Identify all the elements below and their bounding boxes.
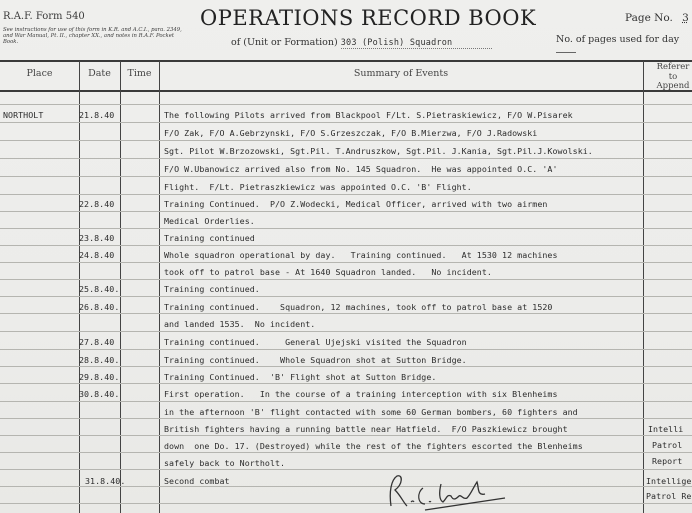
appendix-reference: Intelli [648, 424, 683, 434]
ruled-line [0, 469, 692, 470]
table-top-rule [0, 60, 692, 62]
appendix-reference: Patrol [652, 440, 682, 450]
entry-line: and landed 1535. No incident. [164, 319, 315, 329]
column-divider-date-time [120, 61, 121, 513]
ruled-line [0, 452, 692, 453]
ruled-line [0, 262, 692, 263]
table-header-bottom-rule [0, 90, 692, 92]
ruled-line [0, 366, 692, 367]
ruled-line [0, 435, 692, 436]
ruled-line [0, 503, 692, 504]
signature [385, 470, 525, 513]
entry-date: 27.8.40 [79, 337, 114, 347]
entry-place: NORTHOLT [3, 110, 43, 120]
column-header-summary: Summary of Events [159, 68, 643, 79]
page-number-label: Page No. [625, 12, 673, 24]
ruled-line [0, 296, 692, 297]
column-divider-summary-reference [643, 61, 644, 513]
form-instructions: See instructions for use of this form in… [3, 27, 183, 46]
entry-date: 22.8.40 [79, 199, 114, 209]
signature-scrawl-icon [385, 470, 525, 512]
entry-line: Sgt. Pilot W.Brzozowski, Sgt.Pil. T.Andr… [164, 146, 593, 156]
entry-date: 30.8.40. [79, 389, 119, 399]
entry-line: First operation. In the course of a trai… [164, 389, 558, 399]
pages-used-for-day: No. of pages used for day [556, 34, 692, 56]
entry-line: Second combat [164, 476, 230, 486]
ruled-line [0, 313, 692, 314]
ruled-line [0, 194, 692, 195]
entry-line: Whole squadron operational by day. Train… [164, 250, 558, 260]
ruled-line [0, 349, 692, 350]
column-divider-time-summary [159, 61, 160, 513]
entry-line: Flight. F/Lt. Pietraszkiewicz was appoin… [164, 182, 472, 192]
ruled-line [0, 401, 692, 402]
unit-or-formation: of (Unit or Formation) 303 (Polish) Squa… [231, 37, 492, 49]
entry-line: Training continued [164, 233, 255, 243]
entry-date: 29.8.40. [79, 372, 119, 382]
appendix-reference: Patrol Re [646, 491, 691, 501]
ruled-line [0, 279, 692, 280]
ruled-line [0, 245, 692, 246]
entry-line: Training Continued. P/O Z.Wodecki, Medic… [164, 199, 547, 209]
entry-line: F/O W.Ubanowicz arrived also from No. 14… [164, 164, 558, 174]
entry-date: 26.8.40. [79, 302, 119, 312]
entry-date: 23.8.40 [79, 233, 114, 243]
operations-record-book-page: R.A.F. Form 540 See instructions for use… [0, 0, 692, 513]
entry-line: Training continued. [164, 284, 260, 294]
unit-value: 303 (Polish) Squadron [341, 38, 493, 49]
form-number: R.A.F. Form 540 [3, 11, 85, 22]
pages-used-label: No. of pages used for day [556, 34, 679, 45]
appendix-reference: Report [652, 456, 682, 466]
entry-line: F/O Zak, F/O A.Gebrzynski, F/O S.Grzeszc… [164, 128, 537, 138]
entry-line: Training continued. General Ujejski visi… [164, 337, 467, 347]
ruled-line [0, 383, 692, 384]
ruled-line [0, 331, 692, 332]
ruled-line [0, 176, 692, 177]
page-number-value: 3 [676, 12, 689, 24]
unit-label: of (Unit or Formation) [231, 37, 338, 48]
entry-date: 31.8.40. [85, 476, 125, 486]
entry-date: 21.8.40 [79, 110, 114, 120]
entry-line: Training continued. Whole Squadron shot … [164, 355, 467, 365]
ruled-line [0, 140, 692, 141]
ruled-line [0, 158, 692, 159]
entry-line: Training Continued. 'B' Flight shot at S… [164, 372, 436, 382]
ruled-line [0, 228, 692, 229]
entry-line: Medical Orderlies. [164, 216, 255, 226]
ruled-line [0, 211, 692, 212]
ruled-line [0, 418, 692, 419]
entry-line: in the afternoon 'B' flight contacted wi… [164, 407, 578, 417]
column-header-reference: Referer to Append [648, 63, 692, 92]
entry-line: British fighters having a running battle… [164, 424, 568, 434]
entry-date: 24.8.40 [79, 250, 114, 260]
column-header-date: Date [79, 68, 120, 79]
ruled-line [0, 486, 692, 487]
entry-date: 25.8.40. [79, 284, 119, 294]
ruled-line [0, 104, 692, 105]
entry-date: 28.8.40. [79, 355, 119, 365]
entry-line: Training continued. Squadron, 12 machine… [164, 302, 552, 312]
pages-used-blank [556, 52, 576, 53]
page-number: Page No. 3 [625, 12, 689, 24]
appendix-reference: Intellige [646, 476, 691, 486]
entry-line: The following Pilots arrived from Blackp… [164, 110, 573, 120]
ruled-line [0, 122, 692, 123]
column-header-place: Place [0, 68, 79, 79]
entry-line: safely back to Northolt. [164, 458, 285, 468]
page-title: OPERATIONS RECORD BOOK [200, 6, 536, 30]
column-header-time: Time [120, 68, 159, 79]
entry-line: took off to patrol base - At 1640 Squadr… [164, 267, 492, 277]
entry-line: down one Do. 17. (Destroyed) while the r… [164, 441, 583, 451]
